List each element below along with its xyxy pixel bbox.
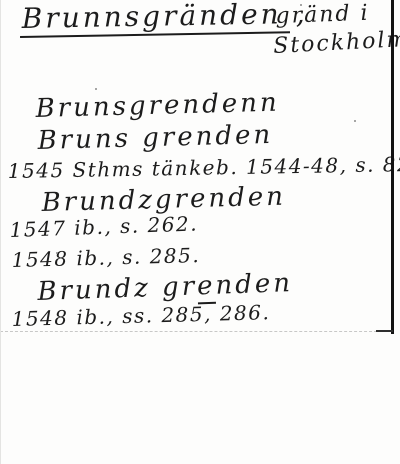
name-form-line: Bruns grenden — [37, 120, 273, 156]
scan-left-edge — [0, 0, 1, 464]
header-descriptor: gränd i — [275, 1, 370, 29]
card-bottom-edge — [0, 331, 392, 332]
source-ref-line: 1548 ib., s. 285. — [11, 243, 200, 272]
source-ref-line: 1545 Sthms tänkeb. 1544-48, s. 82. — [8, 152, 400, 183]
scan-speck — [354, 120, 356, 122]
source-ref-line: 1547 ib., s. 262. — [9, 211, 198, 242]
scan-speck — [95, 88, 97, 90]
card-corner-mark — [376, 330, 393, 332]
header-location: Stockholm. — [273, 26, 400, 59]
name-form-underlined-letter: e — [197, 271, 217, 305]
card-header: Brunnsgränden, — [19, 0, 307, 35]
name-form-segment: Brundz gr — [37, 271, 198, 307]
scan-speck — [56, 252, 58, 254]
headword: Brunnsgränden — [19, 0, 290, 38]
card-right-edge — [391, 0, 394, 334]
name-form-segment: nden — [215, 268, 294, 301]
index-card-scan: Brunnsgränden, gränd i Stockholm. Brunsg… — [0, 0, 400, 464]
scan-speck — [300, 4, 302, 6]
name-form-line: Brunsgrendenn — [35, 88, 280, 124]
